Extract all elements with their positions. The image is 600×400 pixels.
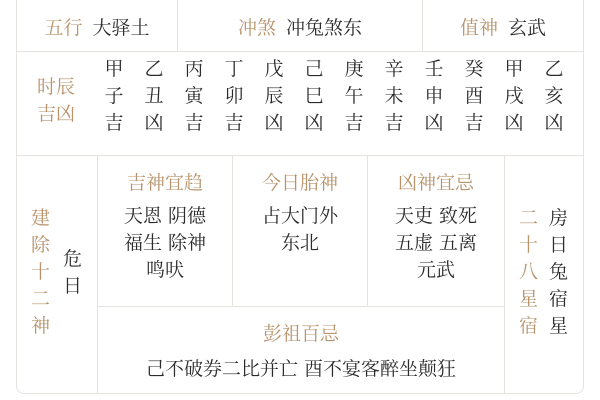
xingxiu-label: 二 十 八 星 宿 bbox=[519, 205, 538, 340]
hour-item: 庚午吉 bbox=[334, 56, 374, 137]
hour-item: 辛未吉 bbox=[374, 56, 414, 137]
hours-label: 时辰 吉凶 bbox=[37, 74, 75, 128]
hour-item: 己巳凶 bbox=[294, 56, 334, 137]
jianchu-cell: 建 除 十 二 神 危 日 bbox=[17, 156, 97, 393]
hour-item: 癸酉吉 bbox=[454, 56, 494, 137]
hour-item: 丁卯吉 bbox=[214, 56, 254, 137]
hours-row: 时辰 吉凶 甲子吉 乙丑凶 丙寅吉 丁卯吉 戊辰凶 己巳凶 庚午吉 辛未吉 壬申… bbox=[17, 52, 583, 155]
hour-item: 甲戌凶 bbox=[494, 56, 534, 137]
almanac-card: 五行 大驿土 冲煞 冲兔煞东 值神 玄武 时辰 吉凶 甲子吉 乙丑凶 丙寅吉 丁… bbox=[16, 0, 584, 394]
hours-label-line2: 吉凶 bbox=[37, 101, 75, 128]
jianchu-label: 建 除 十 二 神 bbox=[31, 205, 50, 340]
xiongshen-cell: 凶神宜忌 天吏 致死 五虚 五离 元武 bbox=[368, 156, 504, 306]
taishen-cell: 今日胎神 占大门外 东北 bbox=[233, 156, 367, 306]
pengzu-cell: 彭祖百忌 己不破券二比并亡 酉不宴客醉坐颠狂 bbox=[98, 307, 504, 393]
hours-list: 甲子吉 乙丑凶 丙寅吉 丁卯吉 戊辰凶 己巳凶 庚午吉 辛未吉 壬申凶 癸酉吉 … bbox=[94, 56, 574, 137]
hour-item: 乙丑凶 bbox=[134, 56, 174, 137]
chongsha-value: 冲兔煞东 bbox=[286, 13, 362, 40]
taishen-title: 今日胎神 bbox=[233, 168, 367, 195]
xiongshen-title: 凶神宜忌 bbox=[368, 168, 504, 195]
hour-item: 壬申凶 bbox=[414, 56, 454, 137]
hours-label-line1: 时辰 bbox=[37, 74, 75, 101]
wuxing-cell: 五行 大驿土 bbox=[17, 1, 177, 51]
zhishen-label: 值神 bbox=[460, 13, 498, 40]
zhishen-cell: 值神 玄武 bbox=[423, 1, 583, 51]
zhishen-value: 玄武 bbox=[508, 13, 546, 40]
jianchu-value: 危 日 bbox=[63, 246, 82, 300]
xingxiu-cell: 二 十 八 星 宿 房 日 兔 宿 星 bbox=[505, 156, 583, 393]
taishen-body: 占大门外 东北 bbox=[233, 203, 367, 257]
xingxiu-value: 房 日 兔 宿 星 bbox=[549, 205, 568, 340]
chongsha-cell: 冲煞 冲兔煞东 bbox=[178, 1, 422, 51]
xiongshen-body: 天吏 致死 五虚 五离 元武 bbox=[368, 203, 504, 284]
chongsha-label: 冲煞 bbox=[238, 13, 276, 40]
jishen-body: 天恩 阴德 福生 除神 鸣吠 bbox=[98, 203, 232, 284]
wuxing-label: 五行 bbox=[44, 13, 82, 40]
jishen-cell: 吉神宜趋 天恩 阴德 福生 除神 鸣吠 bbox=[98, 156, 232, 306]
pengzu-text: 己不破券二比并亡 酉不宴客醉坐颠狂 bbox=[98, 356, 504, 383]
pengzu-title: 彭祖百忌 bbox=[98, 319, 504, 346]
jishen-title: 吉神宜趋 bbox=[98, 168, 232, 195]
hour-item: 丙寅吉 bbox=[174, 56, 214, 137]
hour-item: 甲子吉 bbox=[94, 56, 134, 137]
hour-item: 戊辰凶 bbox=[254, 56, 294, 137]
wuxing-value: 大驿土 bbox=[93, 13, 150, 40]
hour-item: 乙亥凶 bbox=[534, 56, 574, 137]
